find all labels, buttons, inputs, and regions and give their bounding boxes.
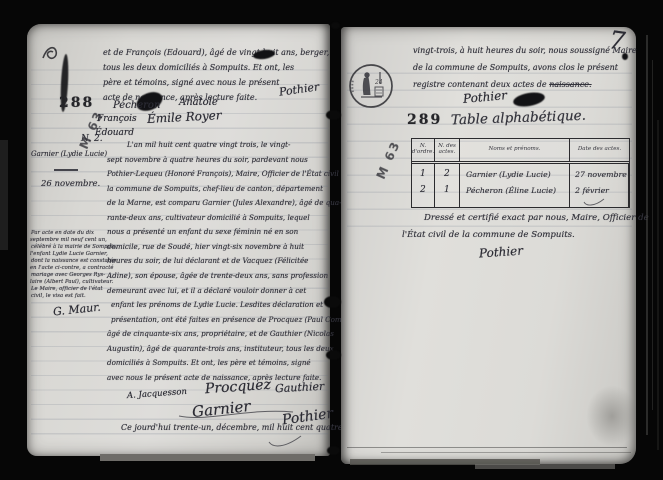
margin-note-line: septembre mil neuf cent un, [30,238,107,244]
bottom-page-edge [475,464,615,469]
margin-note-line: dont la naissance est constatée [31,259,116,265]
act-line: sept novembre à quatre heures du soir, p… [107,156,308,164]
act-line: Augustin), âgé de quarante-trois ans, in… [107,345,334,353]
act-line: nous a présenté un enfant du sexe fémini… [107,228,298,236]
act-line: domicile, rue de Soudé, hier vingt-six n… [107,243,304,251]
table-row-name: Pécheron (Éline Lucie) [466,186,556,195]
table-header-dates: Date des actes. [570,139,629,161]
margin-date: 26 novembre. [41,180,100,189]
signature-jacquesson: A. Jacquesson [127,388,188,402]
left-page: 288 M 63 et de François (Edouard), âgé d… [27,24,330,456]
act-line: rante-deux ans, cultivateur domicilié à … [107,214,310,222]
margin-note-line: l'enfant Lydie Lucie Garnier, [30,252,108,258]
fore-edge-streak [646,35,648,435]
signature-pecheron: Pécheron [113,100,160,111]
signature-francois: François [97,115,137,125]
signature-emile-royer: Émile Royer [147,109,222,126]
table-header-names: Noms et prénoms. [460,139,570,161]
act-line: présentation, ont été faites en présence… [111,316,354,324]
ink-blot [512,90,546,108]
table-header-row: N. d'ordre. N. des actes. Noms et prénom… [412,139,629,164]
date-flourish [582,197,606,207]
margin-note-line: mariage avec Georges Rys- [31,273,105,279]
signature-pothier: Pothier [278,81,320,99]
act-line: L'an mil huit cent quatre vingt trois, l… [127,141,290,149]
binding-stitch [324,296,341,308]
closing-line: Ce jourd'hui trente-un, décembre, mil hu… [121,424,345,433]
act-line: âgé de cinquante-six ans, propriétaire, … [107,330,334,338]
margin-name: Garnier (Lydie Lucie) [31,151,107,159]
act-line: domiciliés à Sompuits. Et ont, les père … [107,359,311,367]
binding-stitch [326,110,341,120]
register-scan: 288 M 63 et de François (Edouard), âgé d… [0,0,663,480]
act-line: Pothier-Lequeu (Honoré François), Maire,… [107,170,350,178]
bottom-page-edge [100,454,315,461]
margin-note-line: Le Maire, officier de l'état [31,287,103,293]
seal-text: 24 [374,79,383,86]
margin-note-line: laire (Albert Paul), cultivateur. [30,280,113,286]
page-number-left: 288 [59,95,94,111]
table-row-order: 2 [420,185,426,195]
signature-procquez: Procquez [205,378,272,398]
certification-line: Dressé et certifié exact par nous, Maire… [424,214,649,223]
ink-squiggle-icon [40,44,66,64]
binding-stitch [331,22,340,29]
table-row-acts: 2 [444,169,450,179]
page-curl-line [347,447,627,448]
page-number-right: 289 [407,112,442,128]
closure-line: vingt-trois, à huit heures du soir, nous… [413,47,637,56]
closure-line: de la commune de Sompuits, avons clos le… [413,64,618,73]
fore-edge-streak [657,120,659,450]
margin-act-number: N. 2. [81,135,103,145]
act-line: enfant les prénoms de Lydie Lucie. Lesdi… [111,301,323,309]
right-page: 24 7 vingt-trois, à huit heures du soir,… [341,27,636,464]
act-line: demeurant avec lui, et il a déclaré voul… [107,287,306,295]
binding-stitch [327,446,340,455]
table-row-date: 27 novembre [575,170,627,179]
closure-line-text: registre contenant deux actes de [413,80,549,89]
table-title: Table alphabétique. [451,109,586,129]
margin-note-line: Par acte en date du dix [31,231,94,237]
paper-smudge [586,385,638,447]
margin-note-line: célébré à la mairie de Sompuis, [31,245,117,251]
signature-anatole: Anatole [179,97,218,108]
table-header-order: N. d'ordre. [412,139,435,161]
signature-gauthier: Gauthier [275,381,325,396]
certification-signature: Pothier [479,244,524,260]
margin-divider [54,169,78,171]
table-row-order: 1 [420,169,426,179]
page-curl-line [381,452,631,453]
closing-flourish [265,434,305,450]
archive-stamp-right: M 63 [374,123,410,182]
certification-line: l'État civil de la commune de Sompuits. [402,231,575,240]
left-book-edge [0,140,8,250]
act-line: de la Marne, est comparu Garnier (Jules … [107,199,342,207]
act-line: Adine), son épouse, âgée de trente-deux … [107,272,328,280]
margin-note-line: en l'acte ci-contre, a contracté [30,266,114,272]
prev-act-line: tous les deux domiciliés à Sompuits. Et … [103,64,294,73]
binding-stitch [326,350,341,360]
table-header-acts: N. des actes. [435,139,460,161]
fore-edge-streak [652,60,653,410]
alphabetical-table: N. d'ordre. N. des actes. Noms et prénom… [411,138,630,208]
act-line: la commune de Sompuits, chef-lieu de can… [107,185,323,193]
prev-act-line: père et témoins, signé avec nous le prés… [103,79,279,88]
act-line: heures du soir, de lui déclarant et de V… [107,257,308,265]
signature-flourish [177,406,297,420]
margin-note-line: civil, le visa est fait. [31,294,86,300]
revenue-seal-icon: 24 [347,62,395,110]
table-row-acts: 1 [444,185,450,195]
table-row-name: Garnier (Lydie Lucie) [466,170,551,179]
table-body: 1 2 Garnier (Lydie Lucie) 27 novembre 2 … [412,164,629,207]
struck-word: naissance. [549,80,591,89]
table-row-date: 2 février [575,186,609,195]
closure-signature: Pothier [463,89,508,106]
prev-act-line: et de François (Edouard), âgé de vingt-h… [103,49,329,58]
margin-note-signature: G. Maur. [52,302,101,319]
